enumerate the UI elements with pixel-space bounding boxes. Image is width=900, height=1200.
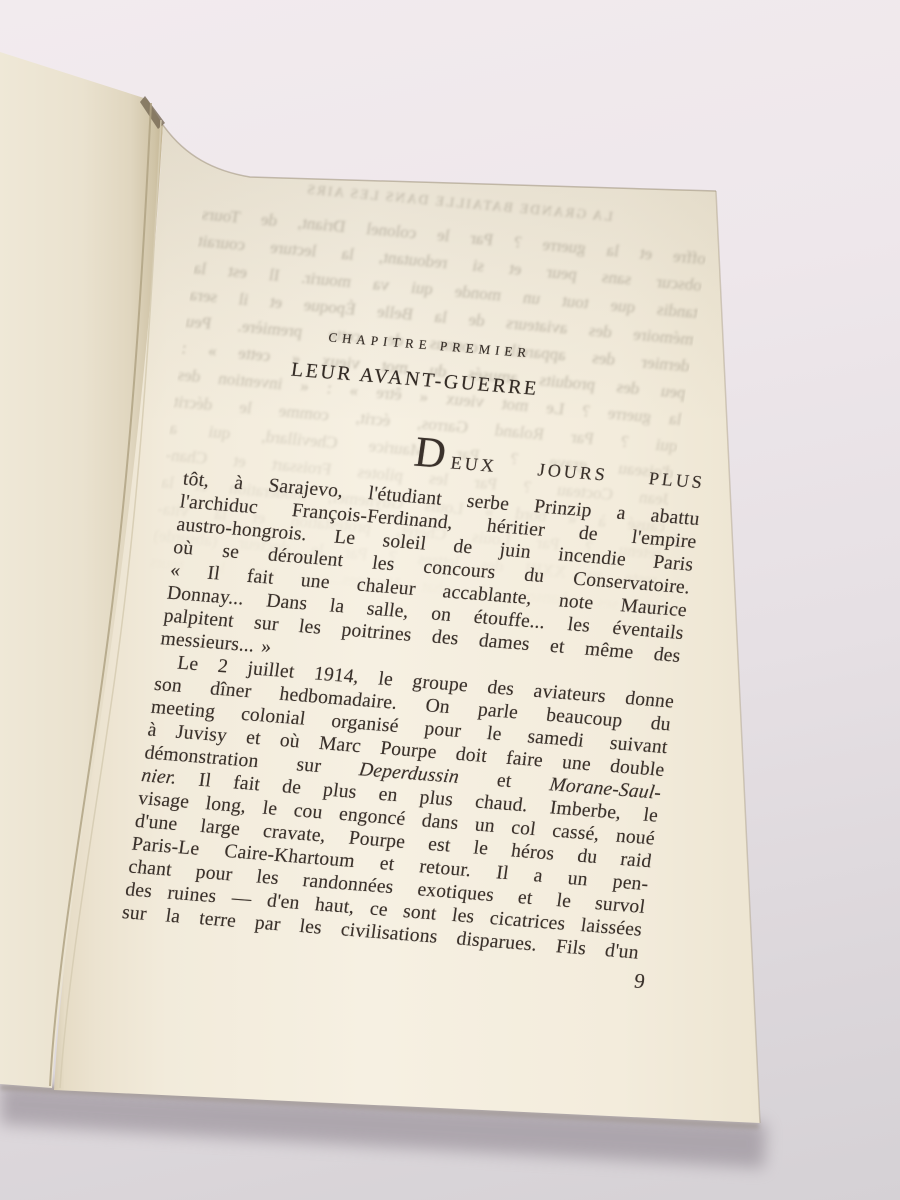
page-content: LA GRANDE BATAILLE DANS LES AIRS offre e… [78, 158, 782, 1002]
text-run: et [496, 770, 513, 792]
book-photo: LA GRANDE BATAILLE DANS LES AIRS offre e… [0, 0, 900, 1200]
text-column: CHAPITRE PREMIER LEUR AVANT-GUERRE DEUX … [116, 320, 722, 1000]
italic-run: nier. [140, 765, 178, 789]
dropcap-letter: D [411, 429, 449, 478]
dropcap-rest: EUX JOURS PLUS [449, 452, 706, 492]
